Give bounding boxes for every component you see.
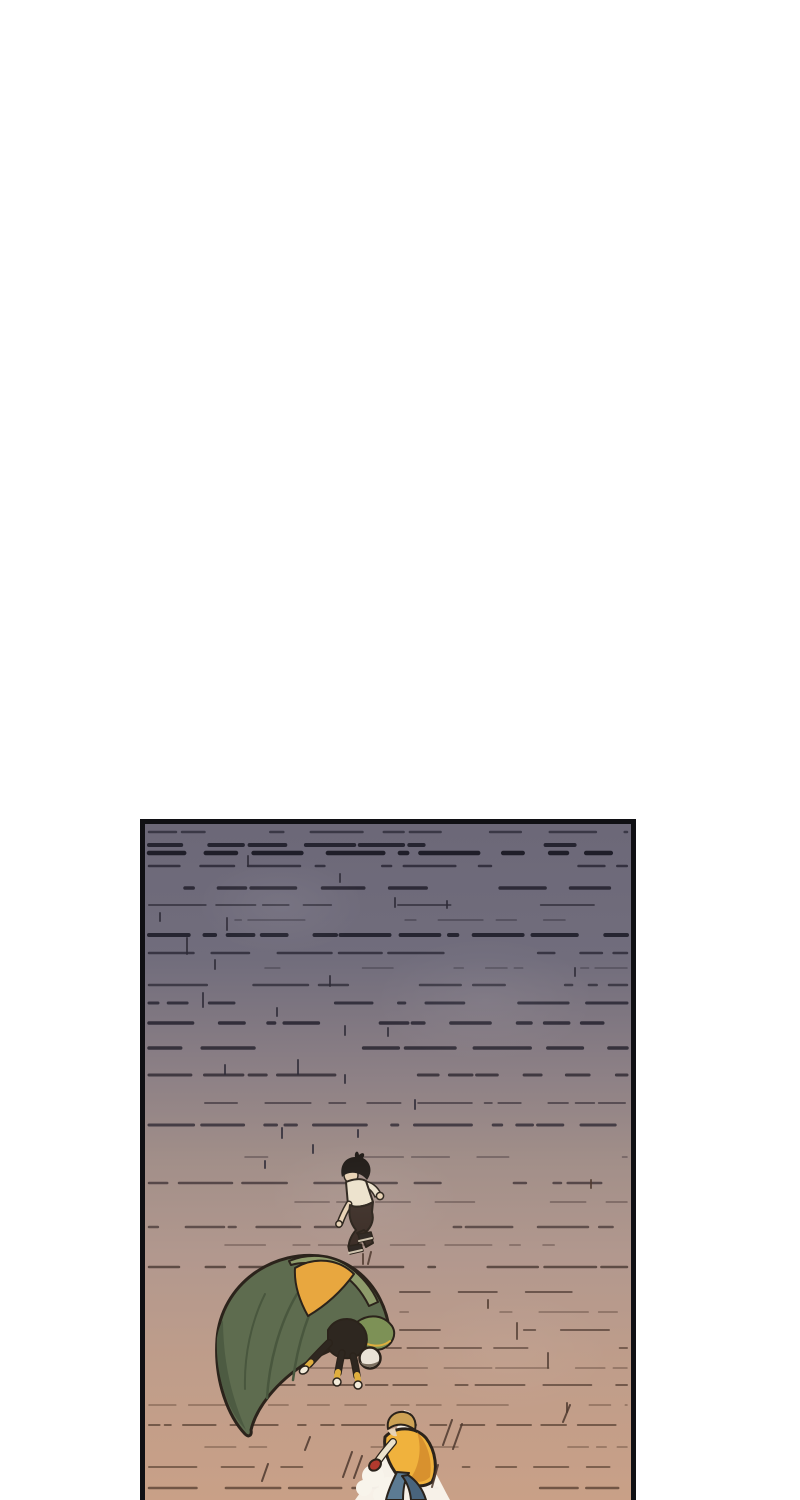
figure-caped-hero [217,1255,395,1435]
diagonal-tick [354,1456,362,1478]
page-background [0,0,800,1500]
diagonal-tick [262,1464,268,1481]
figure-falling-man [336,1152,384,1254]
hero-hand2 [354,1381,362,1389]
diagonal-tick [453,1424,462,1449]
falling-man-left-hand [336,1221,342,1227]
hero-hand1 [333,1378,341,1386]
burst-puff-2 [356,1480,372,1496]
panel-artwork [145,824,631,1500]
diagonal-tick [305,1437,310,1450]
falling-man-right-fist [376,1192,383,1199]
diagonal-tick [443,1420,452,1445]
hero-gold-anklet [307,1362,311,1366]
hero-cuff1 [337,1372,338,1377]
comic-panel [140,819,636,1500]
diagonal-tick [368,1252,371,1264]
figure-yellow-faller [355,1410,450,1500]
hero-cuff2 [357,1375,358,1380]
diagonal-tick [343,1452,352,1477]
